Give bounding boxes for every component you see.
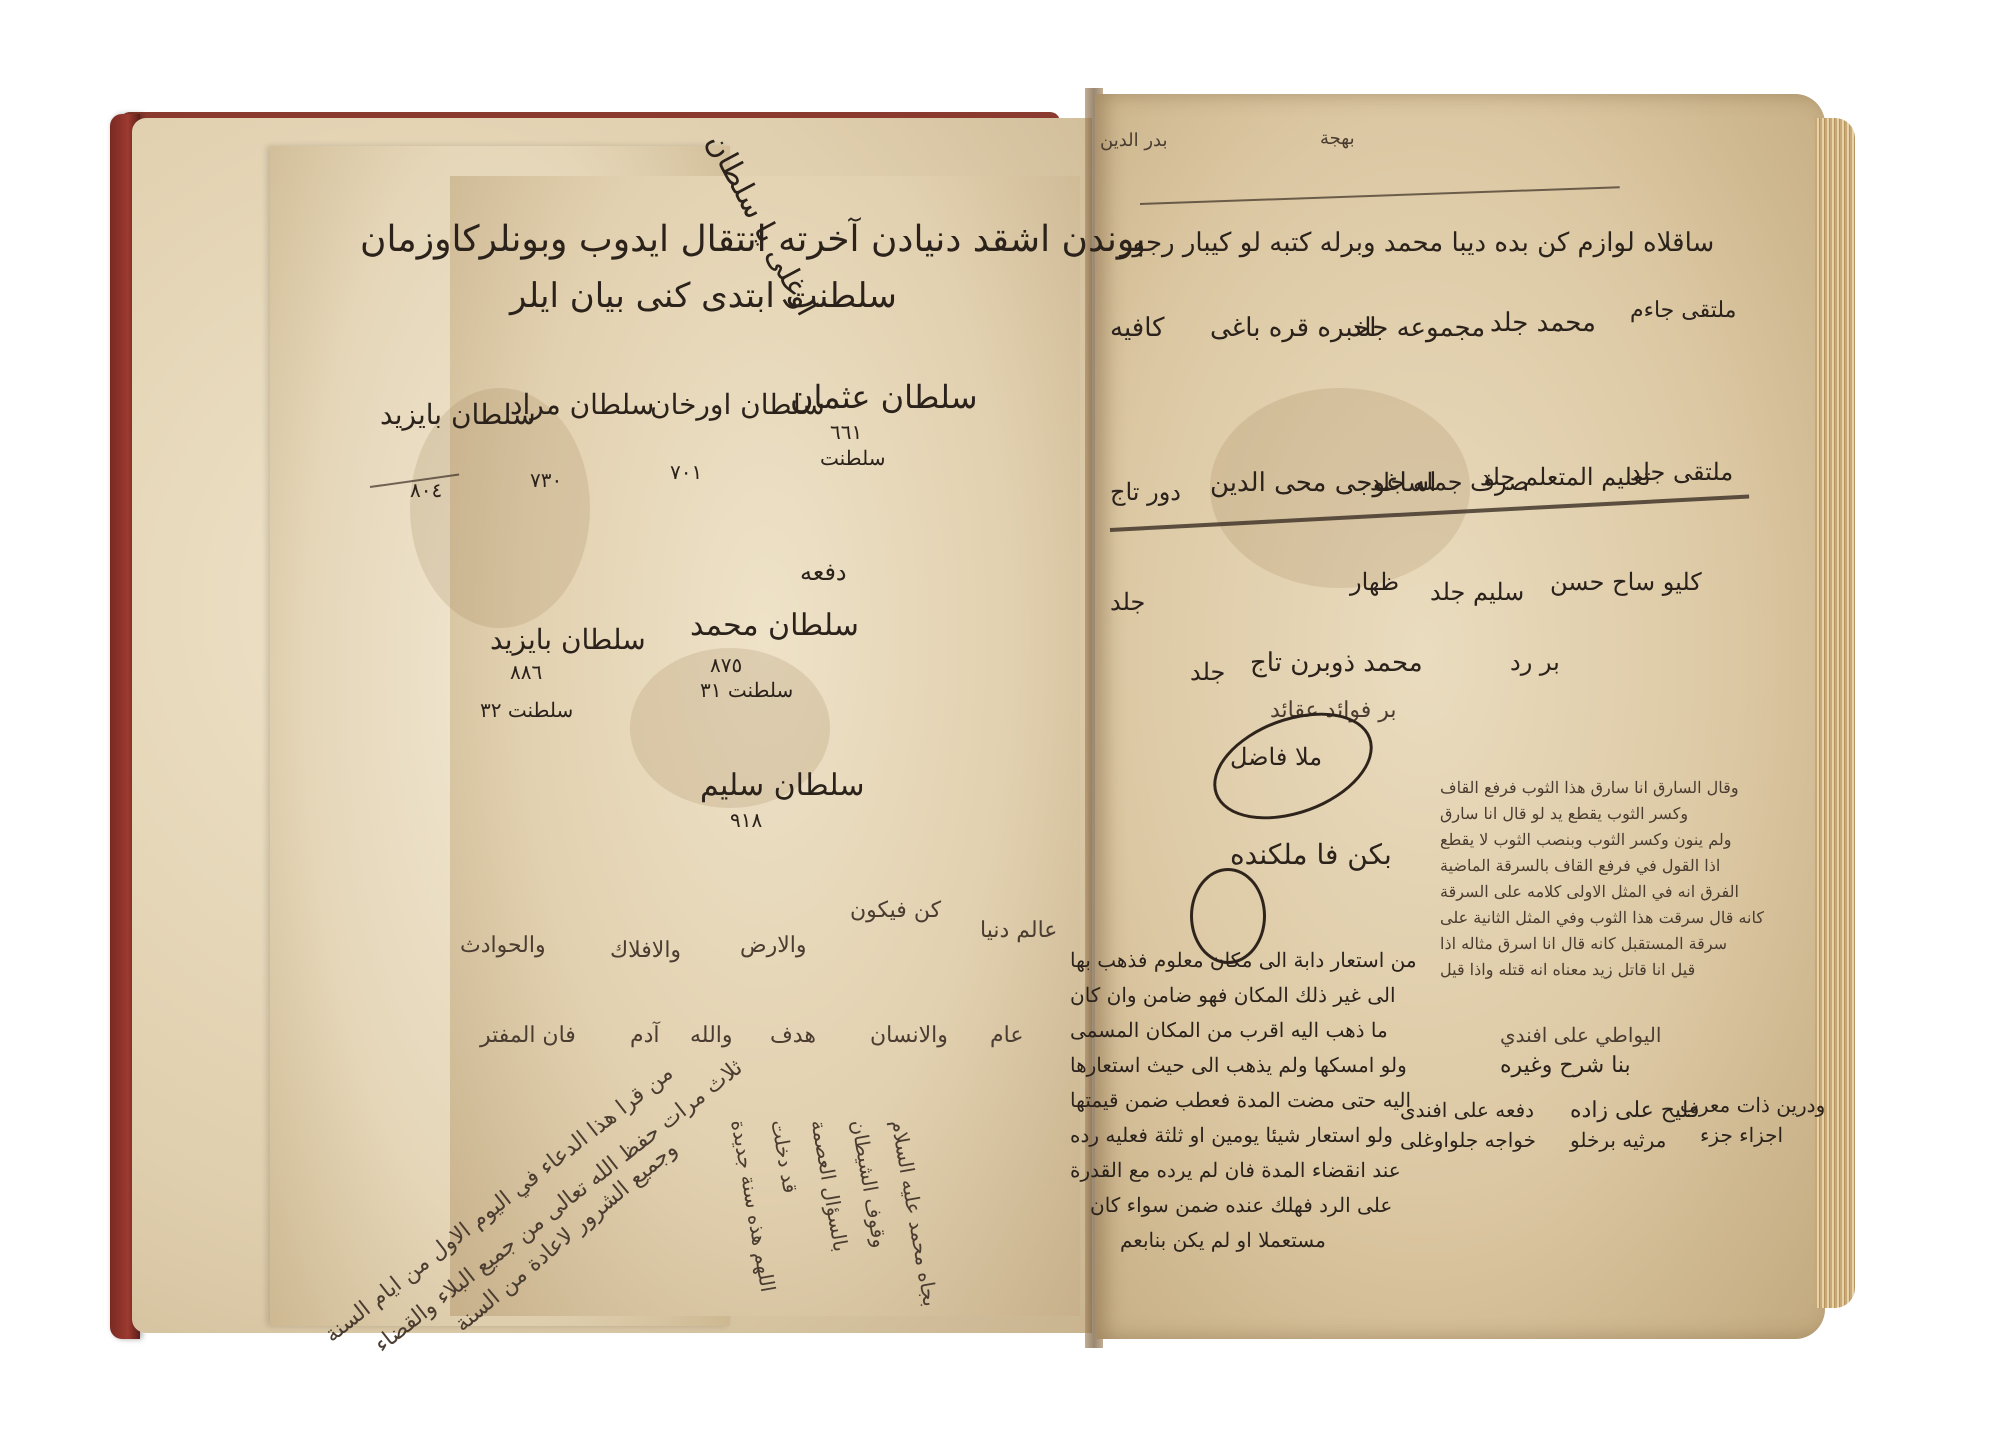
book-list-item: سلیم جلد <box>1430 578 1524 607</box>
arabic-text-line: اليه حتى مضت المدة فعطب ضمن قيمتها <box>1070 1088 1411 1112</box>
lower-word: آدم <box>630 1023 660 1049</box>
lower-word: فان المفتر <box>480 1023 576 1049</box>
sultan-entry: سلطان سلیم <box>700 768 864 804</box>
book-list-item: کلیو ساح حسن <box>1550 568 1702 597</box>
right-header-line: ساقلاه لوازم کن بده دیبا محمد وبرله کتبه… <box>1120 228 1714 259</box>
lower-word: هدف <box>770 1023 816 1049</box>
arabic-text-line: على الرد فهلك عنده ضمن سواء كان <box>1090 1193 1392 1217</box>
page-fore-edge <box>1815 118 1855 1308</box>
sultan-entry: سلطان بایزید <box>380 398 536 432</box>
sultan-note: سلطنت ٣١ <box>700 678 793 702</box>
arabic-text-line: الى غير ذلك المكان فهو ضامن وان كان <box>1070 983 1396 1007</box>
sultan-year: ٩١٨ <box>730 808 762 832</box>
lower-note: بنا شرح وغيره <box>1500 1053 1631 1079</box>
lower-word: کن فیکون <box>850 898 941 924</box>
lower-word: والارض <box>740 933 807 959</box>
arabic-text-line: ما ذهب اليه اقرب من المكان المسمى <box>1070 1018 1388 1042</box>
book-list-item: محمد ذوبرن تاج <box>1250 648 1423 679</box>
lower-note: مرثیه برخلو <box>1570 1128 1666 1152</box>
circled-note: ملا فاضل <box>1230 743 1322 772</box>
book-list-item: بر رد <box>1510 648 1560 677</box>
sultan-note: دفعه <box>800 558 847 587</box>
arabic-text-line: عند انقضاء المدة فان لم يرده مع القدرة <box>1070 1158 1401 1182</box>
lower-word: عام <box>990 1023 1023 1049</box>
right-text-line: كانه قال سرقت هذا الثوب وفي المثل الثاني… <box>1440 908 1764 927</box>
sultan-year: ٧٣٠ <box>530 468 562 492</box>
arabic-text-line: ولو امسكها ولم يذهب الى حيث استعارها <box>1070 1053 1407 1077</box>
lower-note: اجزاء جزء <box>1700 1123 1783 1147</box>
middle-note: بکن فا ملکنده <box>1230 838 1392 872</box>
sultan-note: سلطنت <box>820 446 885 470</box>
right-text-line: قيل انا قاتل زيد معناه انه قتله واذا قيل <box>1440 960 1695 979</box>
open-manuscript: بوندن اشقد دنیادن آخرته انتقال ایدوب وبو… <box>110 88 1870 1358</box>
book-list-item: اساغوجی محی الدین <box>1210 468 1436 499</box>
sultan-year: ٨٨٦ <box>510 660 542 684</box>
sultan-year: ٧٠١ <box>670 460 702 484</box>
book-list-item: کافیه <box>1110 313 1165 344</box>
lower-word: عالم دنیا <box>980 918 1057 944</box>
arabic-text-line: من استعار دابة الى مكان معلوم فذهب بها <box>1070 948 1417 972</box>
right-text-line: وقال السارق انا سارق هذا الثوب فرفع القا… <box>1440 778 1739 797</box>
book-list-item: محمد جلد <box>1490 308 1596 339</box>
book-list-item: ملتقی جاءم <box>1630 298 1736 324</box>
book-list-item: جلد <box>1190 658 1225 687</box>
right-top-note: بدر الدين <box>1100 130 1168 152</box>
sultan-entry: سلطان اورخان <box>650 388 825 422</box>
book-list-item: جلد <box>1110 588 1145 617</box>
right-top-note: بهجة <box>1320 128 1355 150</box>
book-list-item: ظهار <box>1350 568 1399 597</box>
right-text-line: الفرق انه في المثل الاولى كلامه على السر… <box>1440 882 1739 901</box>
left-heading-line-2: سلطنت ابتدی کنی بیان ایلر <box>510 276 897 317</box>
lower-word: والافلاك <box>610 938 681 964</box>
lower-note: دفعه على افندی <box>1400 1098 1534 1122</box>
lower-note: اليواطي على افندي <box>1500 1023 1661 1047</box>
right-page <box>1095 94 1825 1339</box>
right-text-line: اذا القول في فرفع القاف بالسرقة الماضية <box>1440 856 1720 875</box>
sultan-year: ٨٧٥ <box>710 653 742 677</box>
sultan-year: ٦٦١ <box>830 420 862 444</box>
right-text-line: وكسر الثوب يقطع يد لو قال انا سارق <box>1440 804 1688 823</box>
right-text-line: ولم ينون وكسر الثوب وبنصب الثوب لا يقطع <box>1440 830 1731 849</box>
book-list-item: دور تاج <box>1110 478 1181 507</box>
lower-word: والله <box>690 1023 733 1049</box>
lower-note: خواجه جلواوغلی <box>1400 1128 1536 1152</box>
sultan-note: سلطنت ٣٢ <box>480 698 573 722</box>
sultan-entry: سلطان محمد <box>690 608 859 644</box>
book-list-item: اخبره قره باغی <box>1210 313 1376 344</box>
arabic-text-line: ولو استعار شيئا يومين او ثلثة فعليه رده <box>1070 1123 1393 1147</box>
right-text-line: سرقة المستقبل كانه قال انا اسرق مثاله اذ… <box>1440 934 1727 953</box>
lower-note: ودرین ذات معرب <box>1680 1093 1825 1117</box>
lower-word: والانسان <box>870 1023 948 1049</box>
sultan-entry: سلطان بایزید <box>490 623 646 657</box>
lower-word: والحوادث <box>460 933 546 959</box>
arabic-text-line: مستعملا او لم يكن بنابعم <box>1120 1228 1326 1252</box>
